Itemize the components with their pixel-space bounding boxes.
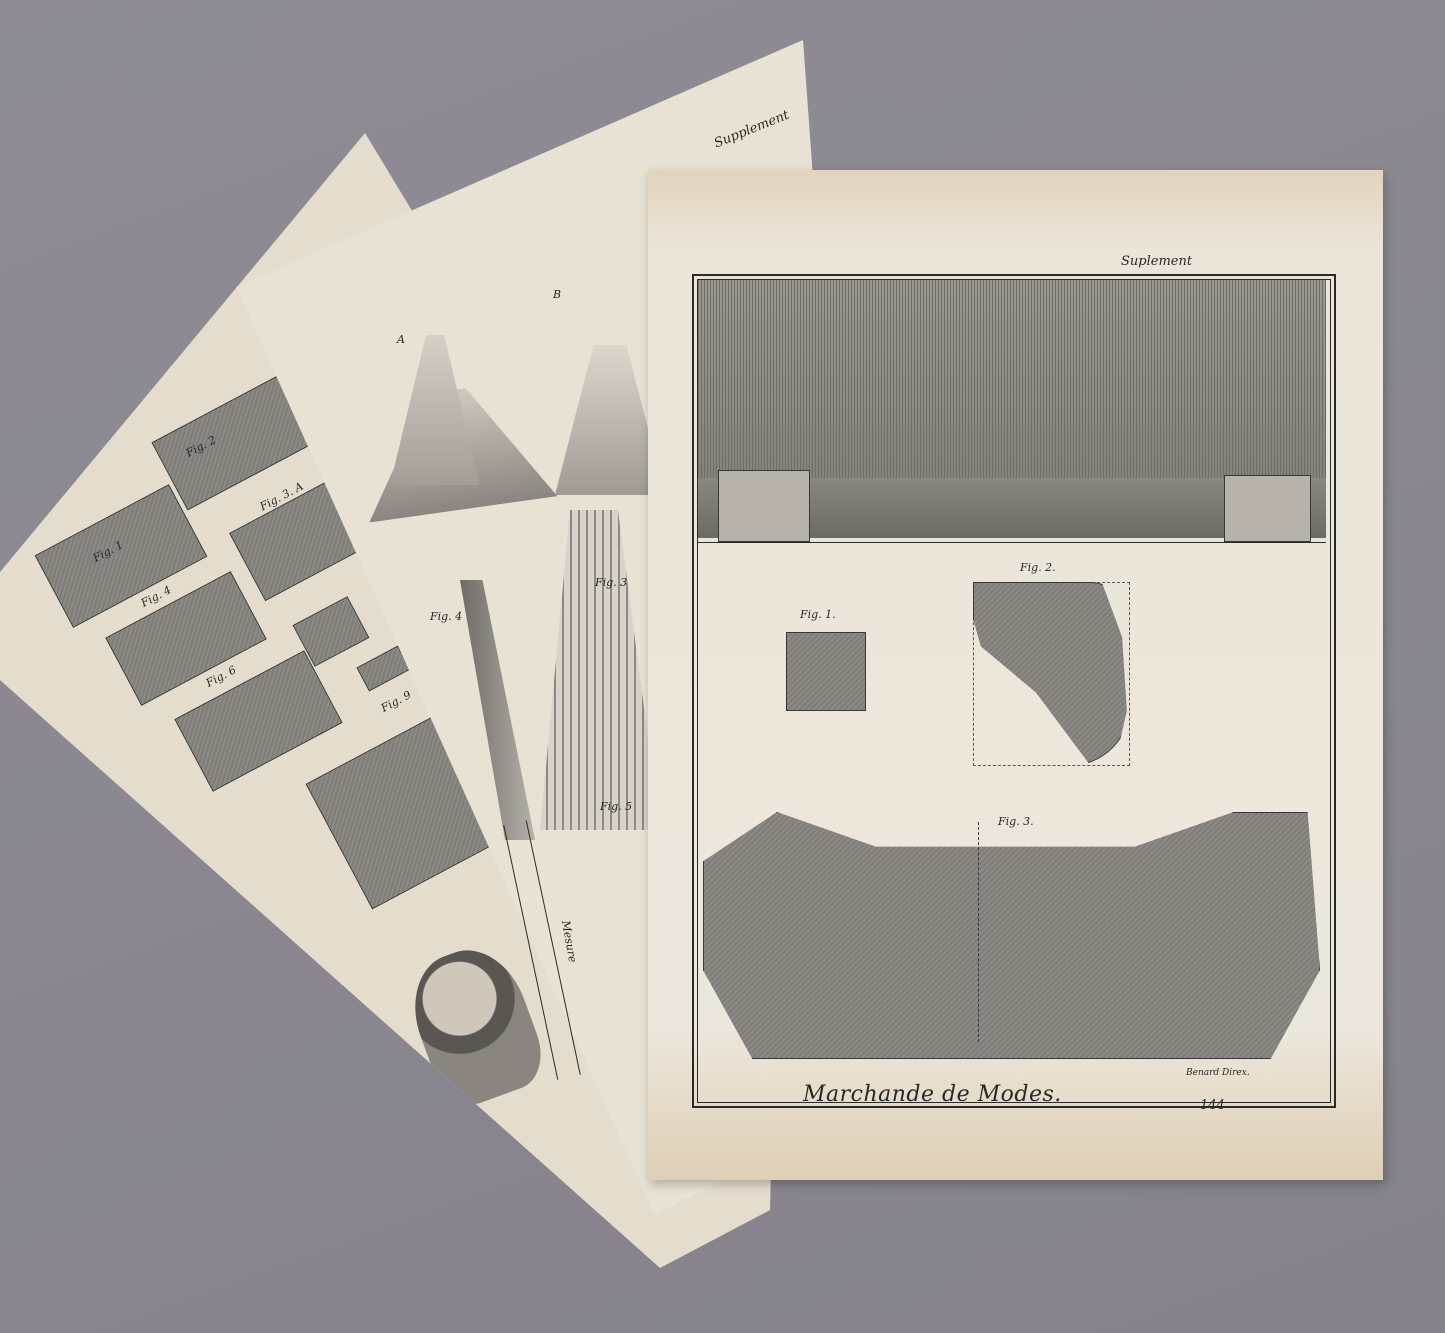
fig-3-label: Fig. 3.: [998, 815, 1034, 828]
milliners-workshop-scene: [698, 280, 1326, 538]
plate-number: 144: [1200, 1098, 1225, 1113]
label-fig-4: Fig. 4: [430, 610, 462, 623]
fig-3-center-fold: [978, 822, 979, 1042]
front-plate-marchande-de-modes: Suplement Fig. 1. Fig. 2. Fig. 3. Benard…: [648, 170, 1383, 1180]
counter-right: [1224, 475, 1311, 542]
label-a: A: [397, 333, 405, 346]
label-fig-3: Fig. 3: [595, 576, 627, 589]
scene-divider: [698, 542, 1326, 543]
fig-1-label: Fig. 1.: [800, 608, 836, 621]
engraver-credit: Benard Direx.: [1186, 1068, 1250, 1078]
fig-3-cape-pattern: [703, 812, 1320, 1059]
fig-1-square-pattern: [786, 632, 866, 711]
counter-left: [718, 470, 810, 542]
label-b: B: [553, 288, 561, 301]
fig-2-label: Fig. 2.: [1020, 561, 1056, 574]
plate-title: Marchande de Modes.: [803, 1082, 1062, 1107]
front-header: Suplement: [1121, 254, 1192, 269]
label-fig-5: Fig. 5: [600, 800, 632, 813]
